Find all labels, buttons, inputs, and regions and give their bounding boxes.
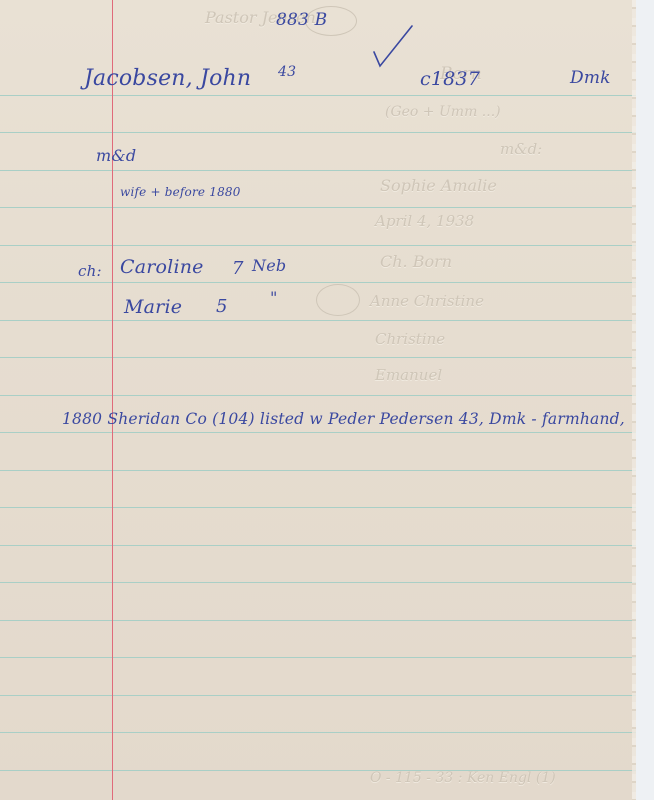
child-age: 7 (232, 258, 244, 279)
rule-line (0, 245, 636, 246)
birth-origin: Dmk (570, 68, 611, 88)
faint-impression-right-4: April 4, 1938 (375, 212, 474, 230)
rule-line (0, 470, 636, 471)
marriage-label: m&d (96, 146, 136, 165)
faint-impression-right-3: Sophie Amalie (380, 176, 497, 195)
child-name: Caroline (120, 256, 204, 278)
faint-impression-right-5: Ch. Born (380, 252, 452, 271)
person-age: 43 (278, 64, 296, 80)
rule-line (0, 282, 636, 283)
faint-impression-right-7: Christine (375, 330, 445, 348)
rule-line (0, 657, 636, 658)
reference-number: 883 B (276, 10, 327, 30)
rule-line (0, 545, 636, 546)
child-note: " (270, 288, 278, 307)
marriage-note: wife + before 1880 (120, 185, 241, 199)
census-record: 1880 Sheridan Co (104) listed w Peder Pe… (62, 410, 625, 428)
rule-line (0, 732, 636, 733)
faint-circle-108 (316, 284, 360, 316)
rule-line (0, 95, 636, 96)
rule-line (0, 695, 636, 696)
margin-line (112, 0, 113, 800)
faint-impression-right-8: Emanuel (375, 366, 442, 384)
rule-line (0, 132, 636, 133)
faint-impression-right-1: (Geo + Umm ...) (385, 104, 501, 120)
child-name: Marie (124, 296, 182, 318)
torn-paper-edge (632, 0, 636, 800)
rule-line (0, 582, 636, 583)
faint-impression-right-6: Anne Christine (370, 292, 484, 310)
rule-line (0, 170, 636, 171)
faint-impression-right-2: m&d: (500, 140, 542, 158)
person-name: Jacobsen, John (84, 66, 251, 91)
notebook-page: Pastor Jensen Born (Geo + Umm ...) m&d: … (0, 0, 636, 800)
child-note: Neb (252, 256, 286, 275)
faint-impression-bottom: O - 115 - 33 : Ken Engl (1) (370, 770, 556, 786)
rule-line (0, 320, 636, 321)
rule-line (0, 432, 636, 433)
birth-year: c1837 (420, 68, 480, 90)
rule-line (0, 357, 636, 358)
children-label: ch: (78, 262, 102, 280)
checkmark-icon (372, 22, 416, 68)
rule-line (0, 395, 636, 396)
child-age: 5 (216, 296, 228, 317)
rule-line (0, 207, 636, 208)
rule-line (0, 507, 636, 508)
rule-line (0, 620, 636, 621)
